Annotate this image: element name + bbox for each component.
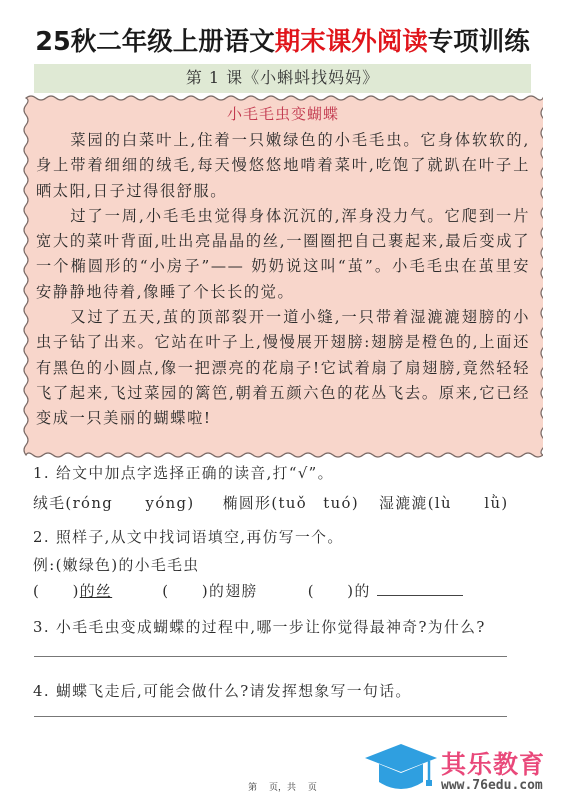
passage-paragraph: 过了一周,小毛毛虫觉得身体沉沉的,浑身没力气。它爬到一片宽大的菜叶背面,吐出亮晶… [36, 204, 530, 305]
title-suffix: 专项训练 [428, 27, 530, 57]
question-1-prompt: 1. 给文中加点字选择正确的读音,打“√”。 [33, 462, 334, 483]
reading-passage-box: 小毛毛虫变蝴蝶 菜园的白菜叶上,住着一只嫩绿色的小毛毛虫。它身体软软的,身上带着… [22, 94, 543, 459]
watermark-url: www.76edu.com [441, 778, 543, 793]
watermark-brand-name: 其乐教育 [441, 745, 545, 781]
story-title: 小毛毛虫变蝴蝶 [36, 100, 530, 128]
question-1-options: 绒毛(róng yóng) 椭圆形(tuǒ tuó) 湿漉漉(lù lǜ) [33, 492, 509, 513]
pinyin-item[interactable]: 绒毛(róng yóng) [33, 492, 195, 513]
blank-input[interactable]: ( )的翅膀 [162, 583, 257, 600]
passage-content: 小毛毛虫变蝴蝶 菜园的白菜叶上,住着一只嫩绿色的小毛毛虫。它身体软软的,身上带着… [36, 100, 530, 432]
passage-paragraph: 菜园的白菜叶上,住着一只嫩绿色的小毛毛虫。它身体软软的,身上带着细细的绒毛,每天… [36, 128, 530, 204]
page-title: 25秋二年级上册语文期末课外阅读专项训练 [0, 22, 565, 58]
title-prefix: 25秋二年级上册语文 [35, 27, 275, 57]
blank-input[interactable]: ( )的 [308, 583, 463, 600]
pinyin-item[interactable]: 湿漉漉(lù lǜ) [379, 492, 508, 513]
paragraph-text: 过了一周,小毛毛虫觉得身体沉沉的,浑身没力气。它爬到一片宽大的菜叶背面,吐出亮晶… [36, 207, 530, 301]
lesson-heading: 第 1 课《小蝌蚪找妈妈》 [34, 64, 531, 93]
fill-line-input[interactable] [377, 581, 463, 596]
question-2-prompt: 2. 照样子,从文中找词语填空,再仿写一个。 [33, 526, 344, 547]
pinyin-item[interactable]: 椭圆形(tuǒ tuó) [223, 492, 359, 513]
graduation-cap-icon [363, 742, 439, 798]
passage-paragraph: 又过了五天,茧的顶部裂开一道小缝,一只带着湿漉漉翅膀的小虫子钻了出来。它站在叶子… [36, 305, 530, 431]
answer-line-q4[interactable] [34, 716, 507, 717]
title-highlight: 期末课外阅读 [275, 27, 428, 57]
question-4-prompt: 4. 蝴蝶飞走后,可能会做什么?请发挥想象写一句话。 [33, 680, 412, 701]
paragraph-text: 又过了五天,茧的顶部裂开一道小缝,一只带着湿漉漉翅膀的小虫子钻了出来。它站在叶子… [36, 308, 530, 427]
paragraph-text: 菜园的白菜叶上,住着一只嫩绿色的小毛毛虫。它身体软软的,身上带着细细的绒毛,每天… [36, 131, 530, 200]
answer-line-q3[interactable] [34, 656, 507, 657]
question-3-prompt: 3. 小毛毛虫变成蝴蝶的过程中,哪一步让你觉得最神奇?为什么? [33, 616, 486, 637]
question-2-blanks: ( )的丝 ( )的翅膀 ( )的 [33, 580, 463, 601]
blank-input[interactable]: ( )的丝 [33, 583, 112, 600]
question-2-example: 例:(嫩绿色)的小毛毛虫 [33, 554, 200, 575]
watermark-logo: 其乐教育 www.76edu.com [363, 738, 563, 800]
